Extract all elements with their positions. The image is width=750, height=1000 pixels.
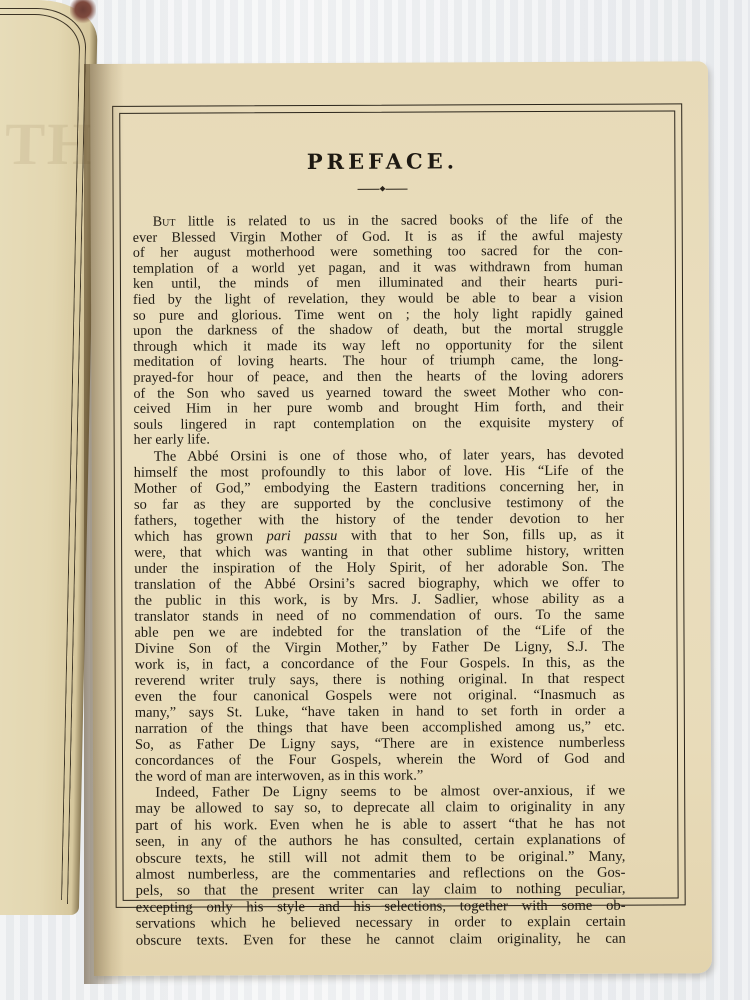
torn-spine-edge bbox=[70, 0, 96, 24]
text-line: pels, so that the present writer can lay… bbox=[136, 881, 626, 900]
page-title: PREFACE. bbox=[142, 148, 622, 175]
title-ornament-divider bbox=[143, 185, 623, 193]
text-line: seen, in any of the authors he has consu… bbox=[135, 832, 625, 851]
italic-phrase: pari passu bbox=[267, 528, 338, 544]
ornament-rule-left bbox=[358, 188, 380, 189]
paragraph-1: But little is related to us in the sacre… bbox=[133, 213, 624, 449]
text-line: obscure texts. Even for these he cannot … bbox=[136, 930, 626, 949]
ornament-diamond-icon bbox=[380, 186, 386, 192]
text-line: may be allowed to say so, to deprecate a… bbox=[135, 799, 625, 818]
paragraph-2: The Abbé Orsini is one of those who, of … bbox=[134, 447, 625, 785]
book-page: PREFACE. But little is related to us in … bbox=[90, 61, 712, 976]
drop-word: But bbox=[153, 214, 176, 230]
paragraph-3: Indeed, Father De Ligny seems to be almo… bbox=[135, 783, 626, 949]
text-line: servations which he believed necessary i… bbox=[136, 914, 626, 933]
text-line: obscure texts, he still will not admit t… bbox=[135, 848, 625, 867]
ornament-rule-right bbox=[386, 188, 408, 189]
page-content: PREFACE. But little is related to us in … bbox=[132, 124, 626, 949]
text-line: concordances of the Four Gospels, wherei… bbox=[135, 751, 625, 769]
text-line: souls lingered in rapt contemplation on … bbox=[134, 415, 624, 433]
gutter-shadow bbox=[84, 64, 124, 984]
